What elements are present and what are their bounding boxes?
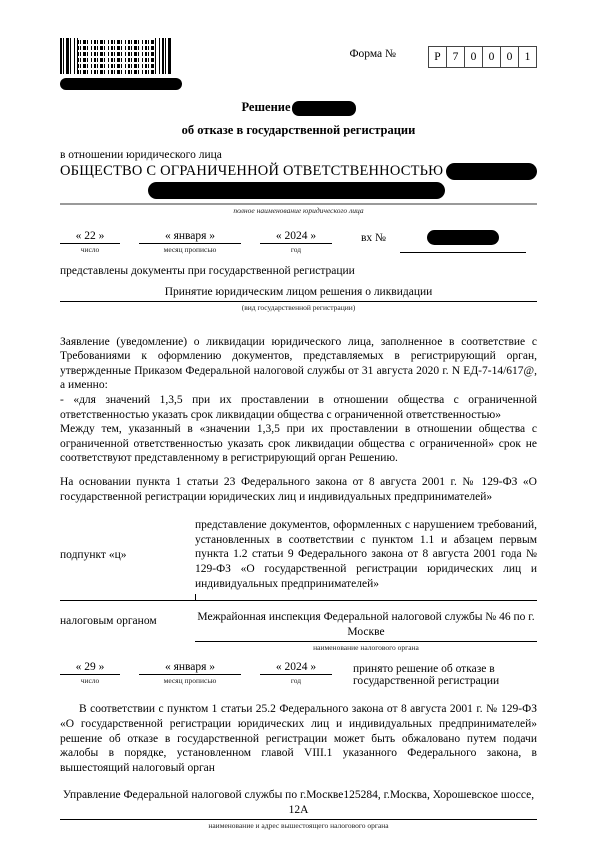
legal-basis-paragraph: На основании пункта 1 статьи 23 Федераль… <box>60 475 537 504</box>
form-code-cell: 0 <box>501 47 519 67</box>
redaction-bar <box>446 163 537 180</box>
statement-part-3: Между тем, указанный в «значении 1,3,5 п… <box>60 422 537 466</box>
company-name: ОБЩЕСТВО С ОГРАНИЧЕННОЙ ОТВЕТСТВЕННОСТЬЮ <box>60 163 443 180</box>
form-code-cell: 0 <box>465 47 483 67</box>
submission-month-value: « января » <box>139 230 241 244</box>
month-caption: месяц прописью <box>139 676 241 685</box>
title-line2: об отказе в государственной регистрации <box>60 123 537 138</box>
submission-year-field: « 2024 » год <box>260 230 332 254</box>
subclause-row: подпункт «ц» представление документов, о… <box>60 518 537 601</box>
tax-authority-block: Межрайонная инспекция Федеральной налого… <box>195 610 537 652</box>
day-caption: число <box>60 676 120 685</box>
tax-authority-label: налоговым органом <box>60 610 195 652</box>
registration-type: Принятие юридическим лицом решения о лик… <box>60 286 537 302</box>
submission-date-row: « 22 » число « января » месяц прописью «… <box>60 230 537 254</box>
redaction-bar <box>148 182 445 199</box>
redaction-bar <box>427 230 499 245</box>
day-caption: число <box>60 245 120 254</box>
decision-date-row: « 29 » число « января » месяц прописью «… <box>60 661 537 687</box>
form-number-label: Форма № <box>349 46 396 60</box>
subclause-label: подпункт «ц» <box>60 518 195 591</box>
higher-authority-caption: наименование и адрес вышестоящего налого… <box>60 821 537 830</box>
statement-part-1: Заявление (уведомление) о ликвидации юри… <box>60 335 537 393</box>
decision-month-value: « января » <box>139 661 241 675</box>
decision-day-field: « 29 » число <box>60 661 120 685</box>
tax-authority-row: налоговым органом Межрайонная инспекция … <box>60 610 537 652</box>
submission-day-value: « 22 » <box>60 230 120 244</box>
appeal-paragraph: В соответствии с пунктом 1 статьи 25.2 Ф… <box>60 702 537 775</box>
tax-authority-caption: наименование налогового органа <box>195 643 537 652</box>
submission-year-value: « 2024 » <box>260 230 332 244</box>
decision-year-field: « 2024 » год <box>260 661 332 685</box>
month-caption: месяц прописью <box>139 245 241 254</box>
divider-tick <box>195 594 196 600</box>
company-name-caption: полное наименование юридического лица <box>60 206 537 215</box>
company-name-line: ОБЩЕСТВО С ОГРАНИЧЕННОЙ ОТВЕТСТВЕННОСТЬЮ <box>60 163 537 180</box>
redaction-bar <box>60 78 182 90</box>
decision-result-text: принято решение об отказе в государствен… <box>353 663 537 687</box>
title-word: Решение <box>241 100 290 114</box>
form-number-block: Форма № Р 7 0 0 0 1 <box>349 46 537 68</box>
form-code-cell: 0 <box>483 47 501 67</box>
redaction-bar <box>292 101 356 116</box>
incoming-number-label: вх № <box>361 232 386 244</box>
higher-authority-name: Управление Федеральной налоговой службы … <box>60 788 537 820</box>
registration-type-caption: (вид государственной регистрации) <box>60 303 537 312</box>
submission-month-field: « января » месяц прописью <box>139 230 241 254</box>
decision-month-field: « января » месяц прописью <box>139 661 241 685</box>
tax-authority-name: Межрайонная инспекция Федеральной налого… <box>195 610 537 642</box>
statement-paragraph: Заявление (уведомление) о ликвидации юри… <box>60 335 537 466</box>
header: Форма № Р 7 0 0 0 1 <box>60 38 537 90</box>
year-caption: год <box>260 245 332 254</box>
decision-year-value: « 2024 » <box>260 661 332 675</box>
form-code-boxes: Р 7 0 0 0 1 <box>428 46 537 68</box>
statement-part-2: - «для значений 1,3,5 при их проставлени… <box>60 393 537 422</box>
divider <box>60 203 537 205</box>
document-title: Решение об отказе в государственной реги… <box>60 100 537 138</box>
form-code-cell: 1 <box>519 47 536 67</box>
title-line1: Решение <box>60 100 537 116</box>
submission-day-field: « 22 » число <box>60 230 120 254</box>
subject-intro: в отношении юридического лица <box>60 149 537 161</box>
form-code-cell: Р <box>429 47 447 67</box>
documents-note: представлены документы при государственн… <box>60 265 537 277</box>
document-page: Форма № Р 7 0 0 0 1 Решение об отказе в … <box>0 0 596 842</box>
barcode-icon <box>60 38 172 74</box>
form-code-cell: 7 <box>447 47 465 67</box>
subclause-text: представление документов, оформленных с … <box>195 518 537 591</box>
decision-day-value: « 29 » <box>60 661 120 675</box>
year-caption: год <box>260 676 332 685</box>
header-left <box>60 38 182 90</box>
incoming-number-field <box>400 230 526 253</box>
